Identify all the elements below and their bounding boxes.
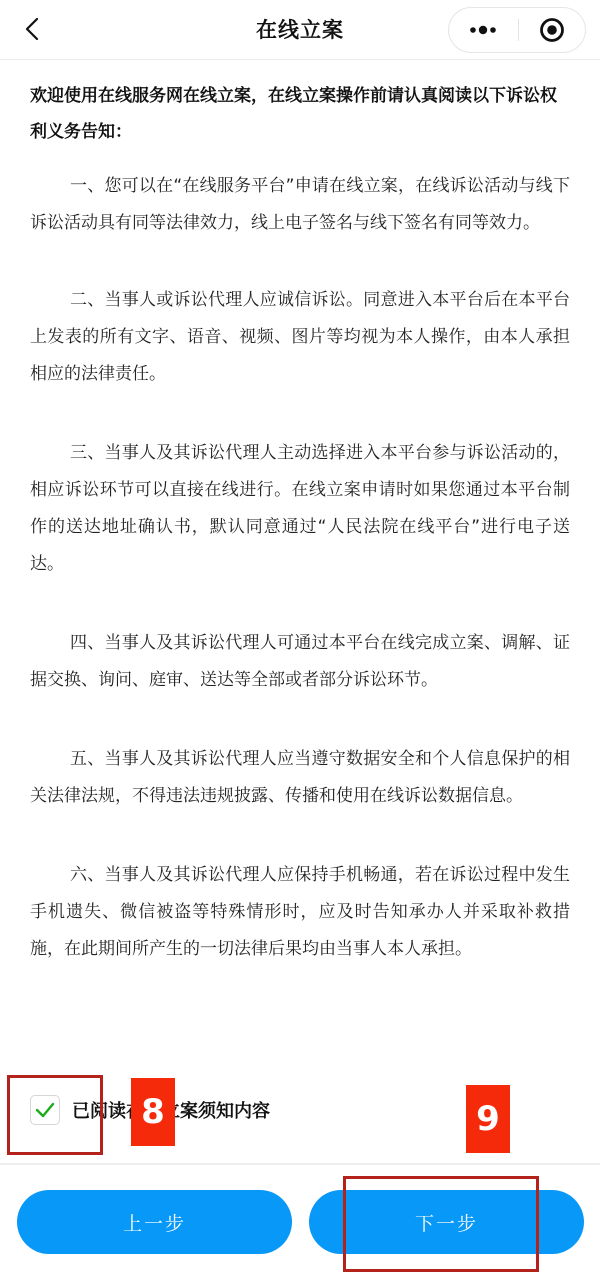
footer-divider (0, 1163, 600, 1165)
notice-paragraph-6: 六、当事人及其诉讼代理人应保持手机畅通，若在诉讼过程中发生手机遗失、微信被盗等特… (30, 857, 570, 968)
next-step-button[interactable]: 下一步 (309, 1190, 584, 1254)
previous-step-button[interactable]: 上一步 (17, 1190, 292, 1254)
mini-program-capsule (448, 7, 586, 53)
agreement-checkbox[interactable] (30, 1095, 60, 1125)
annotation-badge-8: 8 (131, 1078, 175, 1146)
notice-content: 欢迎使用在线服务网在线立案，在线立案操作前请认真阅读以下诉讼权利义务告知： 一、… (30, 78, 570, 968)
annotation-badge-9: 9 (466, 1085, 510, 1153)
checkmark-icon (34, 1099, 56, 1121)
notice-paragraph-3: 三、当事人及其诉讼代理人主动选择进入本平台参与诉讼活动的，相应诉讼环节可以直接在… (30, 435, 570, 583)
notice-paragraph-5: 五、当事人及其诉讼代理人应当遵守数据安全和个人信息保护的相关法律法规，不得违法违… (30, 741, 570, 815)
close-mini-program-button[interactable] (519, 8, 585, 52)
notice-intro: 欢迎使用在线服务网在线立案，在线立案操作前请认真阅读以下诉讼权利义务告知： (30, 78, 570, 150)
target-circle-icon (519, 8, 585, 52)
notice-paragraph-4: 四、当事人及其诉讼代理人可通过本平台在线完成立案、调解、证据交换、询问、庭审、送… (30, 625, 570, 699)
navigation-bar: 在线立案 (0, 0, 600, 60)
more-dots-icon (449, 8, 517, 52)
notice-paragraph-1: 一、您可以在“在线服务平台”申请在线立案，在线诉讼活动与线下诉讼活动具有同等法律… (30, 168, 570, 242)
more-button[interactable] (449, 8, 517, 52)
notice-paragraph-2: 二、当事人或诉讼代理人应诚信诉讼。同意进入本平台后在本平台上发表的所有文字、语音… (30, 282, 570, 393)
